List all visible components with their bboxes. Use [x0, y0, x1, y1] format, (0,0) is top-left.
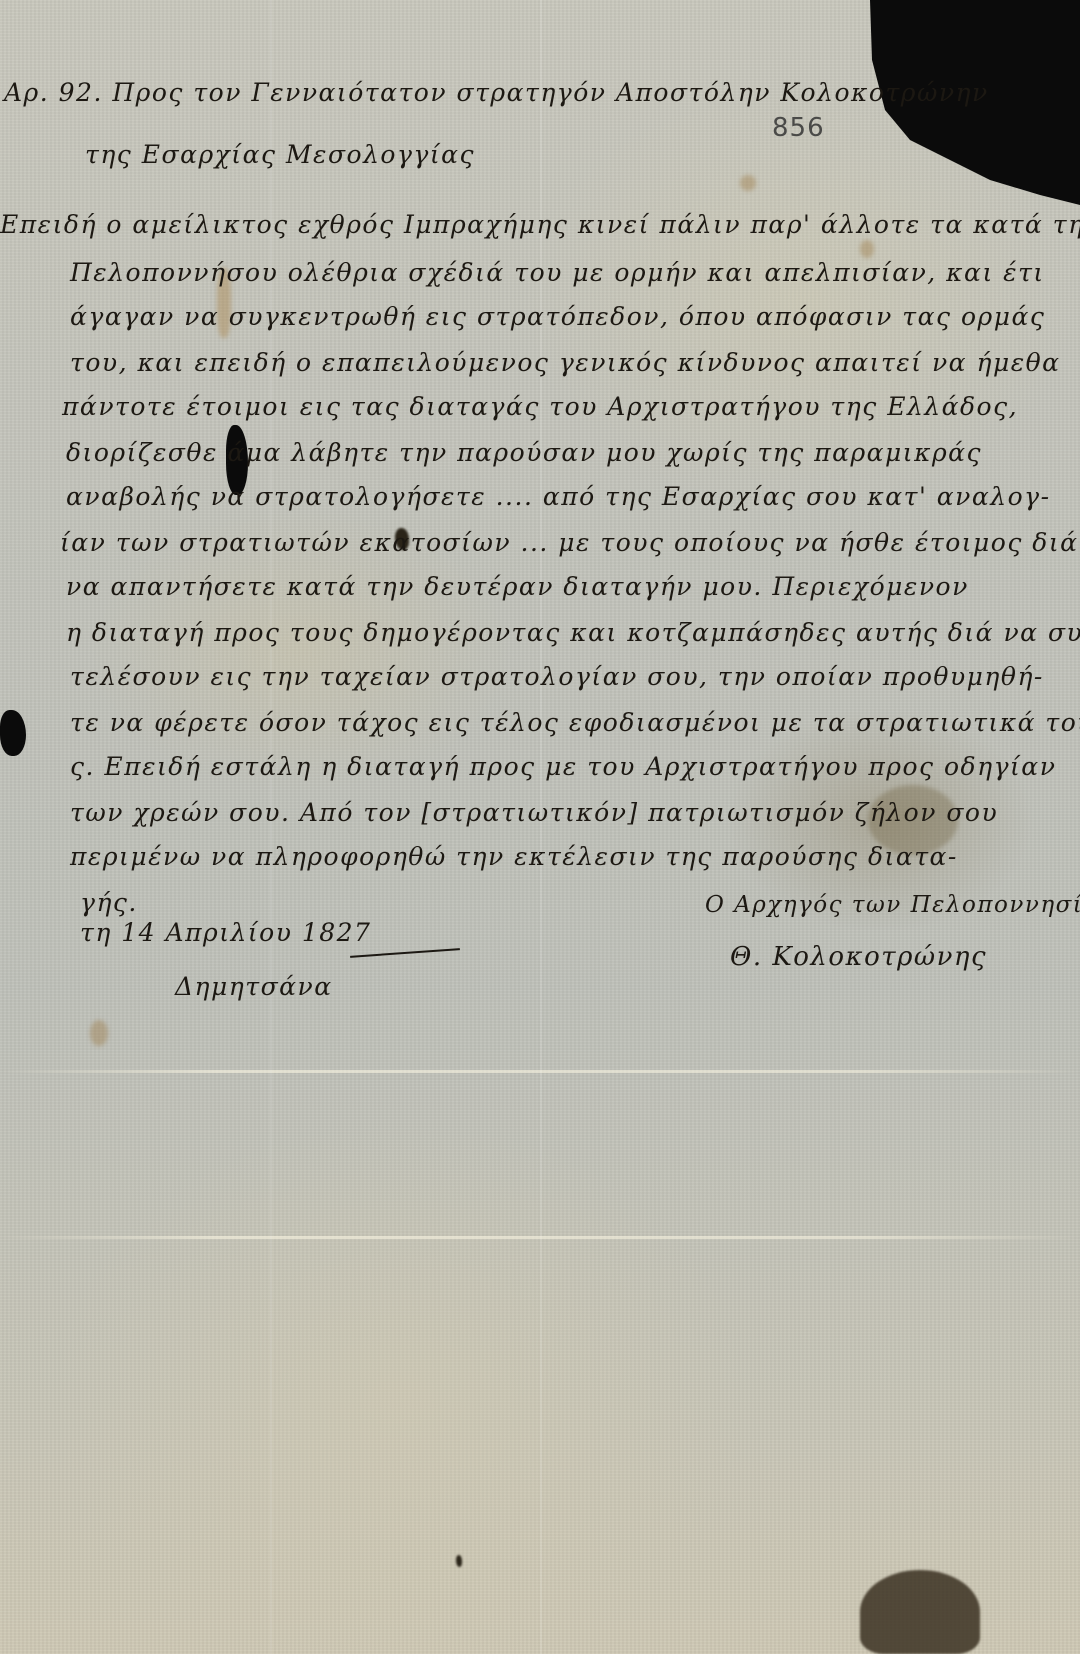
body-line: αναβολής να στρατολογήσετε .... από της … [66, 482, 1051, 511]
body-line: περιμένω να πληροφορηθώ την εκτέλεσιν τη… [70, 842, 958, 871]
body-line: η διαταγή προς τους δημογέροντας και κοτ… [66, 618, 1080, 647]
body-line: ίαν των στρατιωτών εκατοσίων ... με τους… [60, 528, 1079, 557]
body-line: των χρεών σου. Από τον [στρατιωτικόν] πα… [70, 798, 998, 827]
body-line: Επειδή ο αμείλικτος εχθρός Ιμπραχήμης κι… [0, 210, 1080, 239]
paper-hole [0, 710, 26, 756]
heading-line-1: Αρ. 92. Προς τον Γενναιότατον στρατηγόν … [4, 78, 989, 107]
stain [860, 240, 874, 258]
date-line: τη 14 Απριλίου 1827 [80, 918, 371, 947]
body-line: Πελοποννήσου ολέθρια σχέδιά του με ορμήν… [70, 258, 1045, 287]
ink-dot [456, 1555, 462, 1567]
body-line: άγαγαν να συγκεντρωθή εις στρατόπεδον, ό… [70, 302, 1045, 331]
place-line: Δημητσάνα [175, 972, 333, 1001]
fold-line-vertical [540, 0, 542, 1654]
signature-title: Ο Αρχηγός των Πελοποννησίων [705, 892, 1080, 918]
signature-name: Θ. Κολοκοτρώνης [730, 942, 987, 972]
body-line: να απαντήσετε κατά την δευτέραν διαταγήν… [66, 572, 969, 601]
stain [90, 1020, 108, 1046]
body-line: γής. [80, 888, 138, 917]
archive-number: 856 [772, 113, 825, 143]
body-line: τε να φέρετε όσον τάχος εις τέλος εφοδια… [70, 708, 1080, 737]
body-line: του, και επειδή ο επαπειλούμενος γενικός… [70, 348, 1061, 377]
body-line: πάντοτε έτοιμοι εις τας διαταγάς του Αρχ… [62, 392, 1018, 421]
body-line: τελέσουν εις την ταχείαν στρατολογίαν σο… [70, 662, 1044, 691]
heading-line-2: της Εσαρχίας Μεσολογγίας [85, 140, 475, 169]
body-line: ς. Επειδή εστάλη η διαταγή προς με του Α… [70, 752, 1056, 781]
ink-stain-bottom [860, 1570, 980, 1654]
body-line: διορίζεσθε άμα λάβητε την παρούσαν μου χ… [66, 438, 982, 467]
stain [740, 175, 756, 191]
fold-line-vertical [270, 0, 272, 1654]
